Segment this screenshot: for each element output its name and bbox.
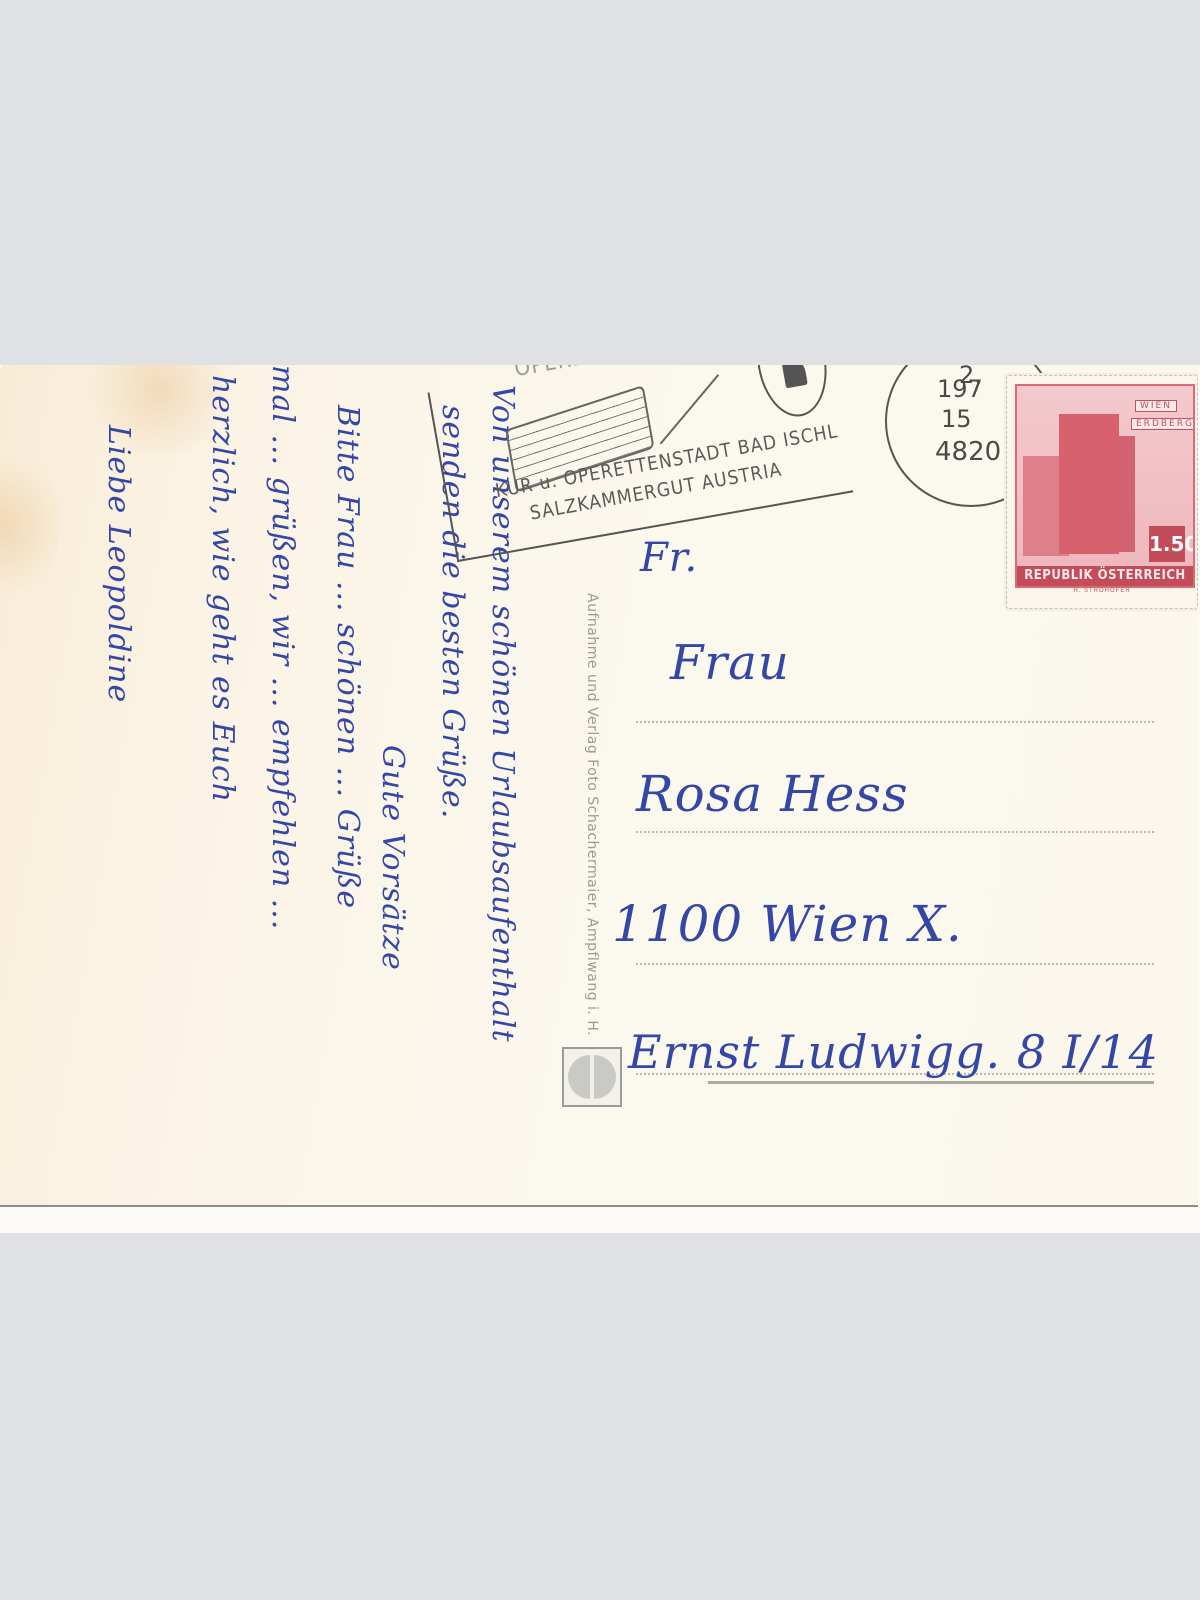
publisher-imprint: Aufnahme und Verlag Foto Schachermaier, …	[584, 593, 600, 1036]
address-line	[636, 721, 1154, 723]
address-city: 1100 Wien X.	[612, 895, 963, 953]
address-title: Frau	[670, 635, 790, 691]
slogan-postmark: OPERETTEN... Juli - August KUR u. OPERET…	[424, 365, 861, 560]
stamp-value: 1.50	[1149, 526, 1185, 562]
postcard-backdrop: Liebe Leopoldine herzlich, wie geht es E…	[0, 365, 1200, 1233]
message-line: herzlich, wie geht es Euch	[205, 375, 240, 803]
recipient-name: Rosa Hess	[636, 765, 909, 823]
address-street: Ernst Ludwigg. 8 I/14	[628, 1025, 1159, 1079]
stamp-designer: H. STROHOFER	[1007, 588, 1197, 594]
cancel-postcode: 4820	[935, 437, 1001, 467]
stamp-label-district: ERDBERG	[1131, 418, 1195, 430]
postage-stamp: WIEN ERDBERG 1.50 REPUBLIK ÖSTERREICH H.…	[1006, 375, 1198, 609]
stamp-design: WIEN ERDBERG 1.50 REPUBLIK ÖSTERREICH	[1015, 384, 1195, 588]
stamp-label-city: WIEN	[1135, 400, 1177, 412]
cancel-year: 197	[937, 375, 983, 403]
signature: Gute Vorsätze	[375, 745, 410, 971]
address-line	[708, 1081, 1154, 1084]
message-line: Bitte Frau ... schönen ... Grüße	[330, 405, 365, 909]
cancel-day: 15	[941, 405, 972, 433]
postcard: Liebe Leopoldine herzlich, wie geht es E…	[0, 365, 1198, 1207]
address-line	[636, 963, 1154, 965]
stamp-country: REPUBLIK ÖSTERREICH	[1017, 566, 1193, 586]
address-line	[636, 831, 1154, 833]
publisher-logo-icon	[562, 1047, 622, 1107]
message-line: mal ... grüßen, wir ... empfehlen ...	[265, 365, 300, 930]
age-stain	[0, 445, 60, 605]
address-salutation: Fr.	[640, 535, 698, 581]
message-line: Liebe Leopoldine	[101, 425, 136, 703]
building-icon	[1119, 436, 1135, 552]
tower-icon	[1059, 414, 1119, 554]
